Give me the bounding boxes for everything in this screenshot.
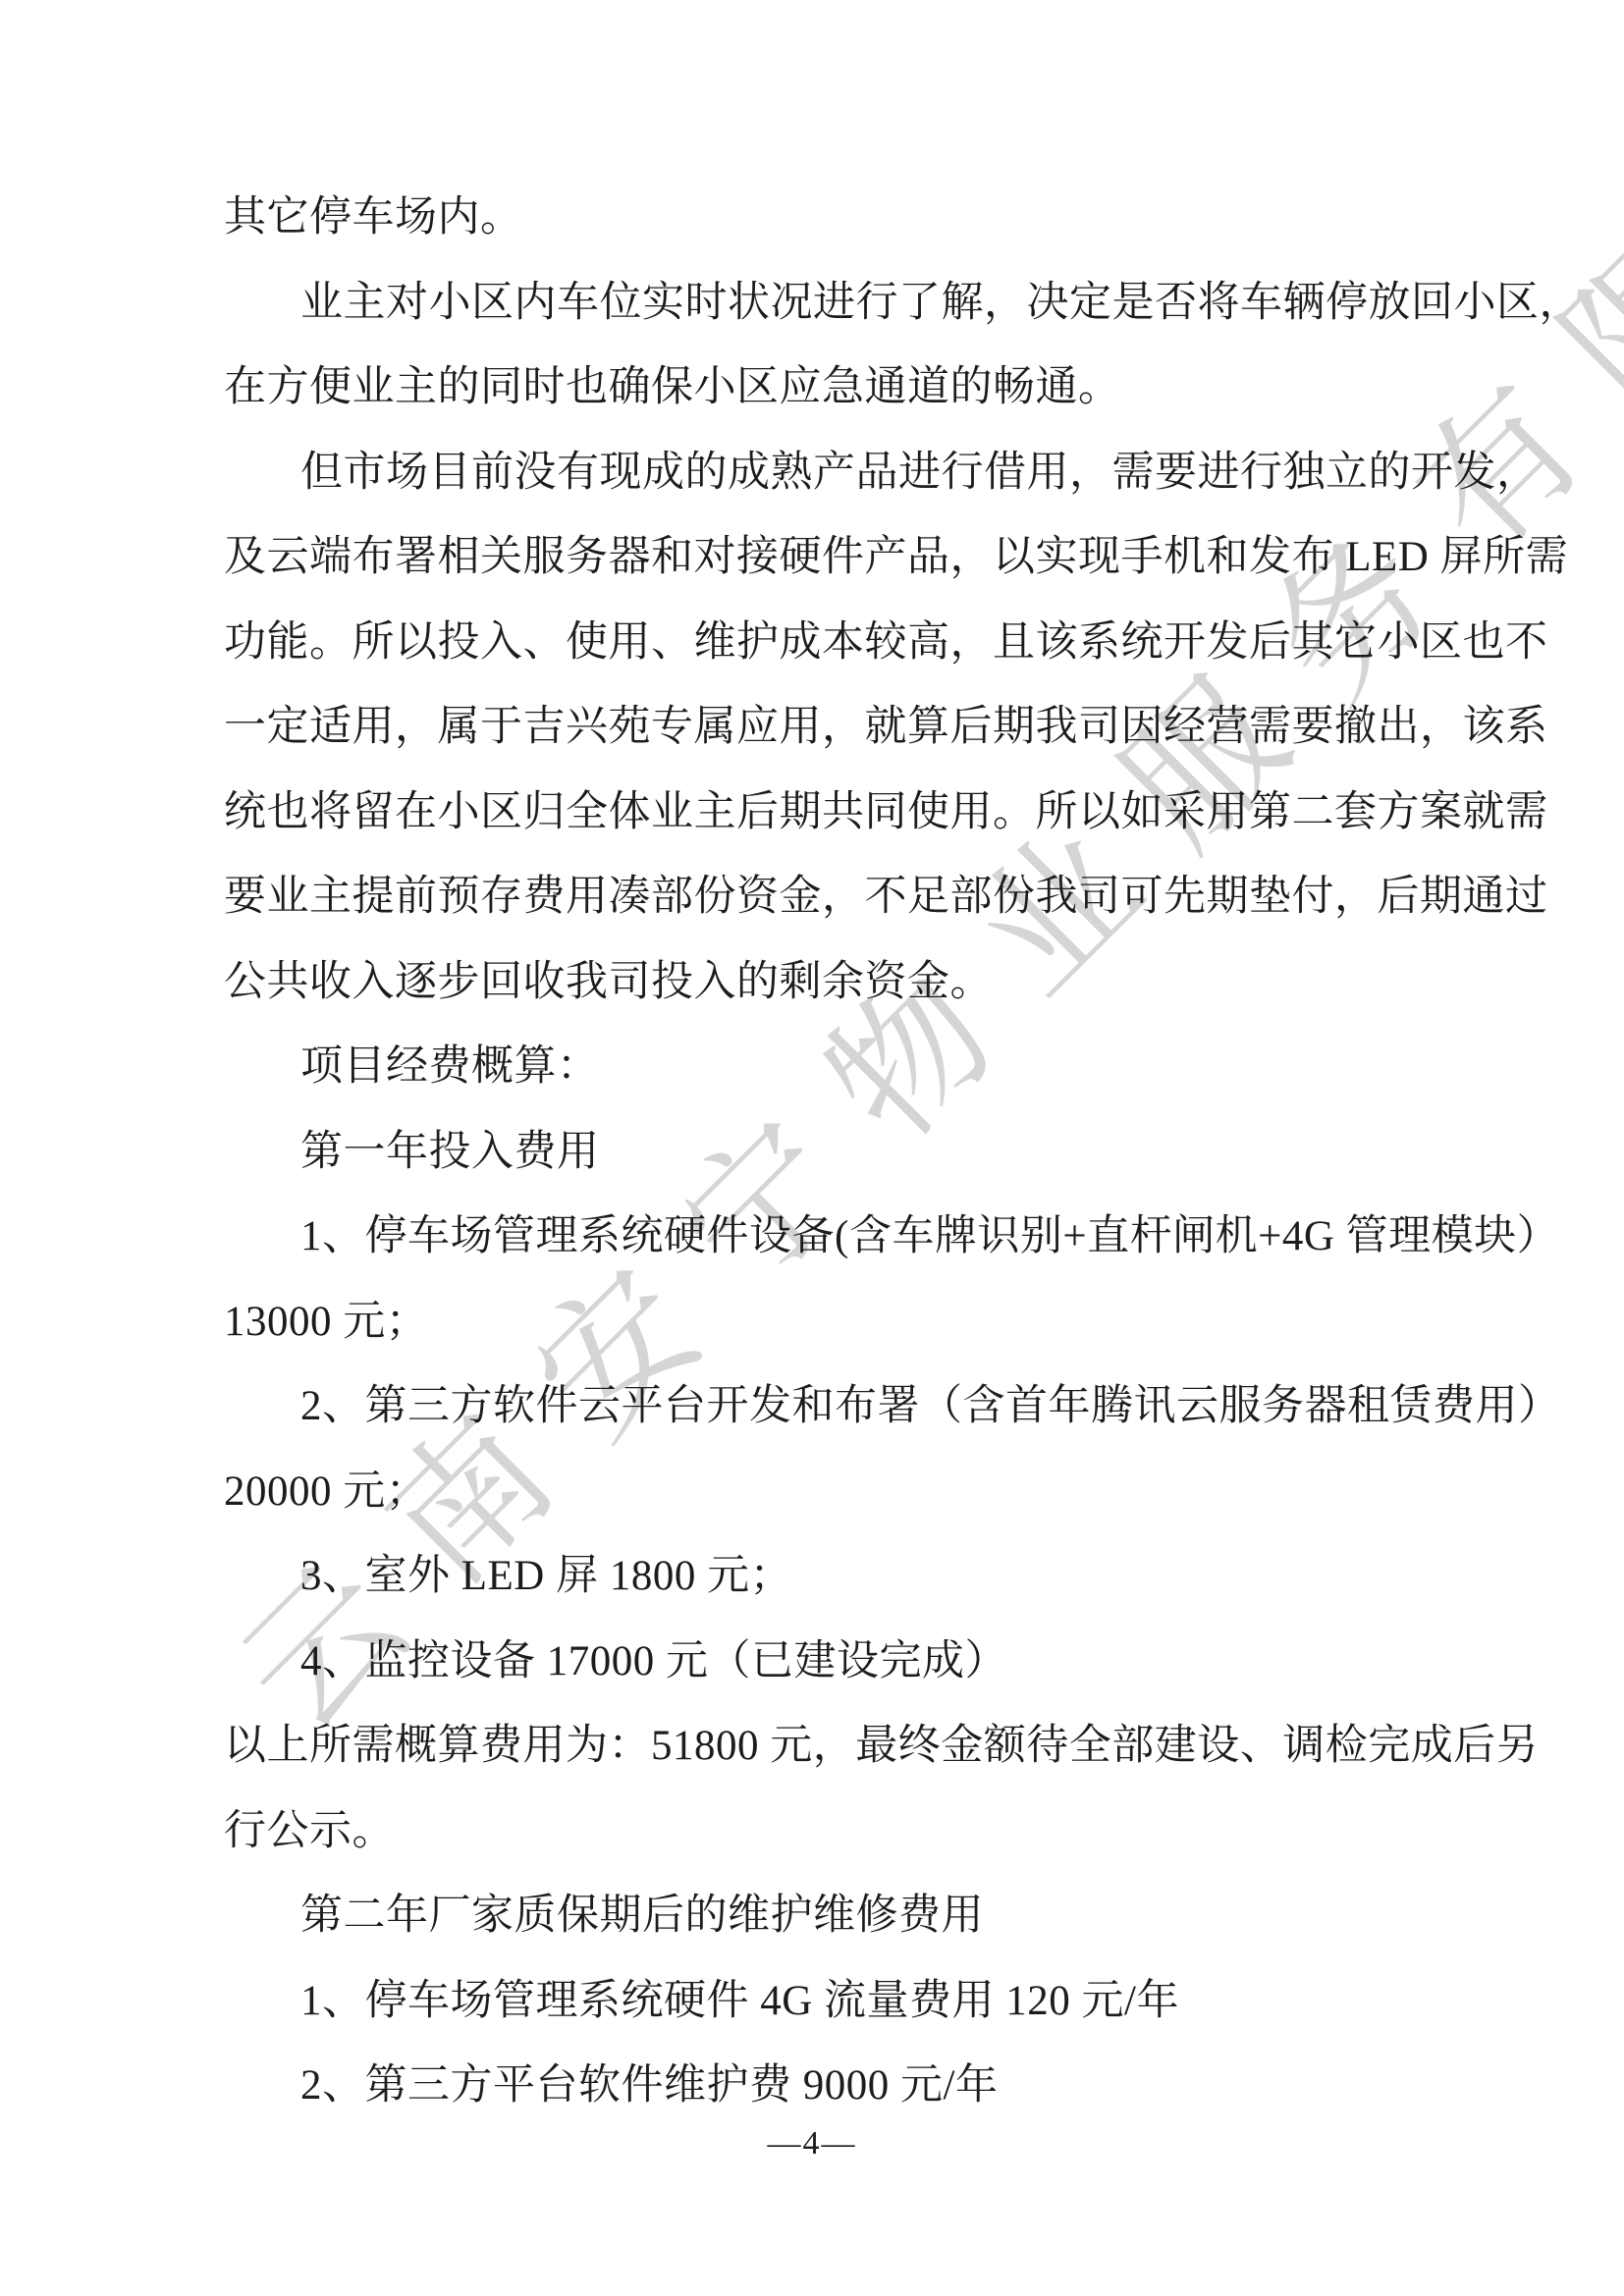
text-line: 3、室外 LED 屏 1800 元；	[224, 1534, 1492, 1620]
text-line: 1、停车场管理系统硬件 4G 流量费用 120 元/年	[224, 1959, 1492, 2045]
text-line: 要业主提前预存费用凑部份资金，不足部份我司可先期垫付，后期通过	[224, 855, 1492, 940]
text-line: 以上所需概算费用为：51800 元，最终金额待全部建设、调检完成后另	[224, 1704, 1492, 1789]
text-line: 项目经费概算：	[224, 1025, 1492, 1110]
text-line: 20000 元；	[224, 1450, 1492, 1535]
text-line: 第一年投入费用	[224, 1110, 1492, 1196]
document-page: 云南安宁物业服务有限公司 其它停车场内。业主对小区内车位实时状况进行了解，决定是…	[0, 0, 1624, 2296]
text-line: 4、监控设备 17000 元（已建设完成）	[224, 1620, 1492, 1705]
text-line: 2、第三方软件云平台开发和布署（含首年腾讯云服务器租赁费用）	[224, 1364, 1492, 1450]
text-line: 业主对小区内车位实时状况进行了解，决定是否将车辆停放回小区，	[224, 261, 1492, 347]
text-line: 公共收入逐步回收我司投入的剩余资金。	[224, 940, 1492, 1026]
document-body: 其它停车场内。业主对小区内车位实时状况进行了解，决定是否将车辆停放回小区，在方便…	[224, 176, 1492, 2129]
text-line: 13000 元；	[224, 1280, 1492, 1365]
text-line: 1、停车场管理系统硬件设备(含车牌识别+直杆闸机+4G 管理模块）	[224, 1195, 1492, 1280]
text-line: 及云端布署相关服务器和对接硬件产品，以实现手机和发布 LED 屏所需	[224, 515, 1492, 601]
text-line: 一定适用，属于吉兴苑专属应用，就算后期我司因经营需要撤出，该系	[224, 685, 1492, 771]
text-line: 功能。所以投入、使用、维护成本较高，且该系统开发后其它小区也不	[224, 601, 1492, 686]
text-line: 2、第三方平台软件维护费 9000 元/年	[224, 2044, 1492, 2129]
text-line: 其它停车场内。	[224, 176, 1492, 261]
text-line: 行公示。	[224, 1789, 1492, 1875]
text-line: 统也将留在小区归全体业主后期共同使用。所以如采用第二套方案就需	[224, 771, 1492, 856]
page-number: —4—	[0, 2122, 1624, 2165]
text-line: 在方便业主的同时也确保小区应急通道的畅通。	[224, 346, 1492, 431]
text-line: 但市场目前没有现成的成熟产品进行借用，需要进行独立的开发，	[224, 431, 1492, 516]
text-line: 第二年厂家质保期后的维护维修费用	[224, 1874, 1492, 1959]
